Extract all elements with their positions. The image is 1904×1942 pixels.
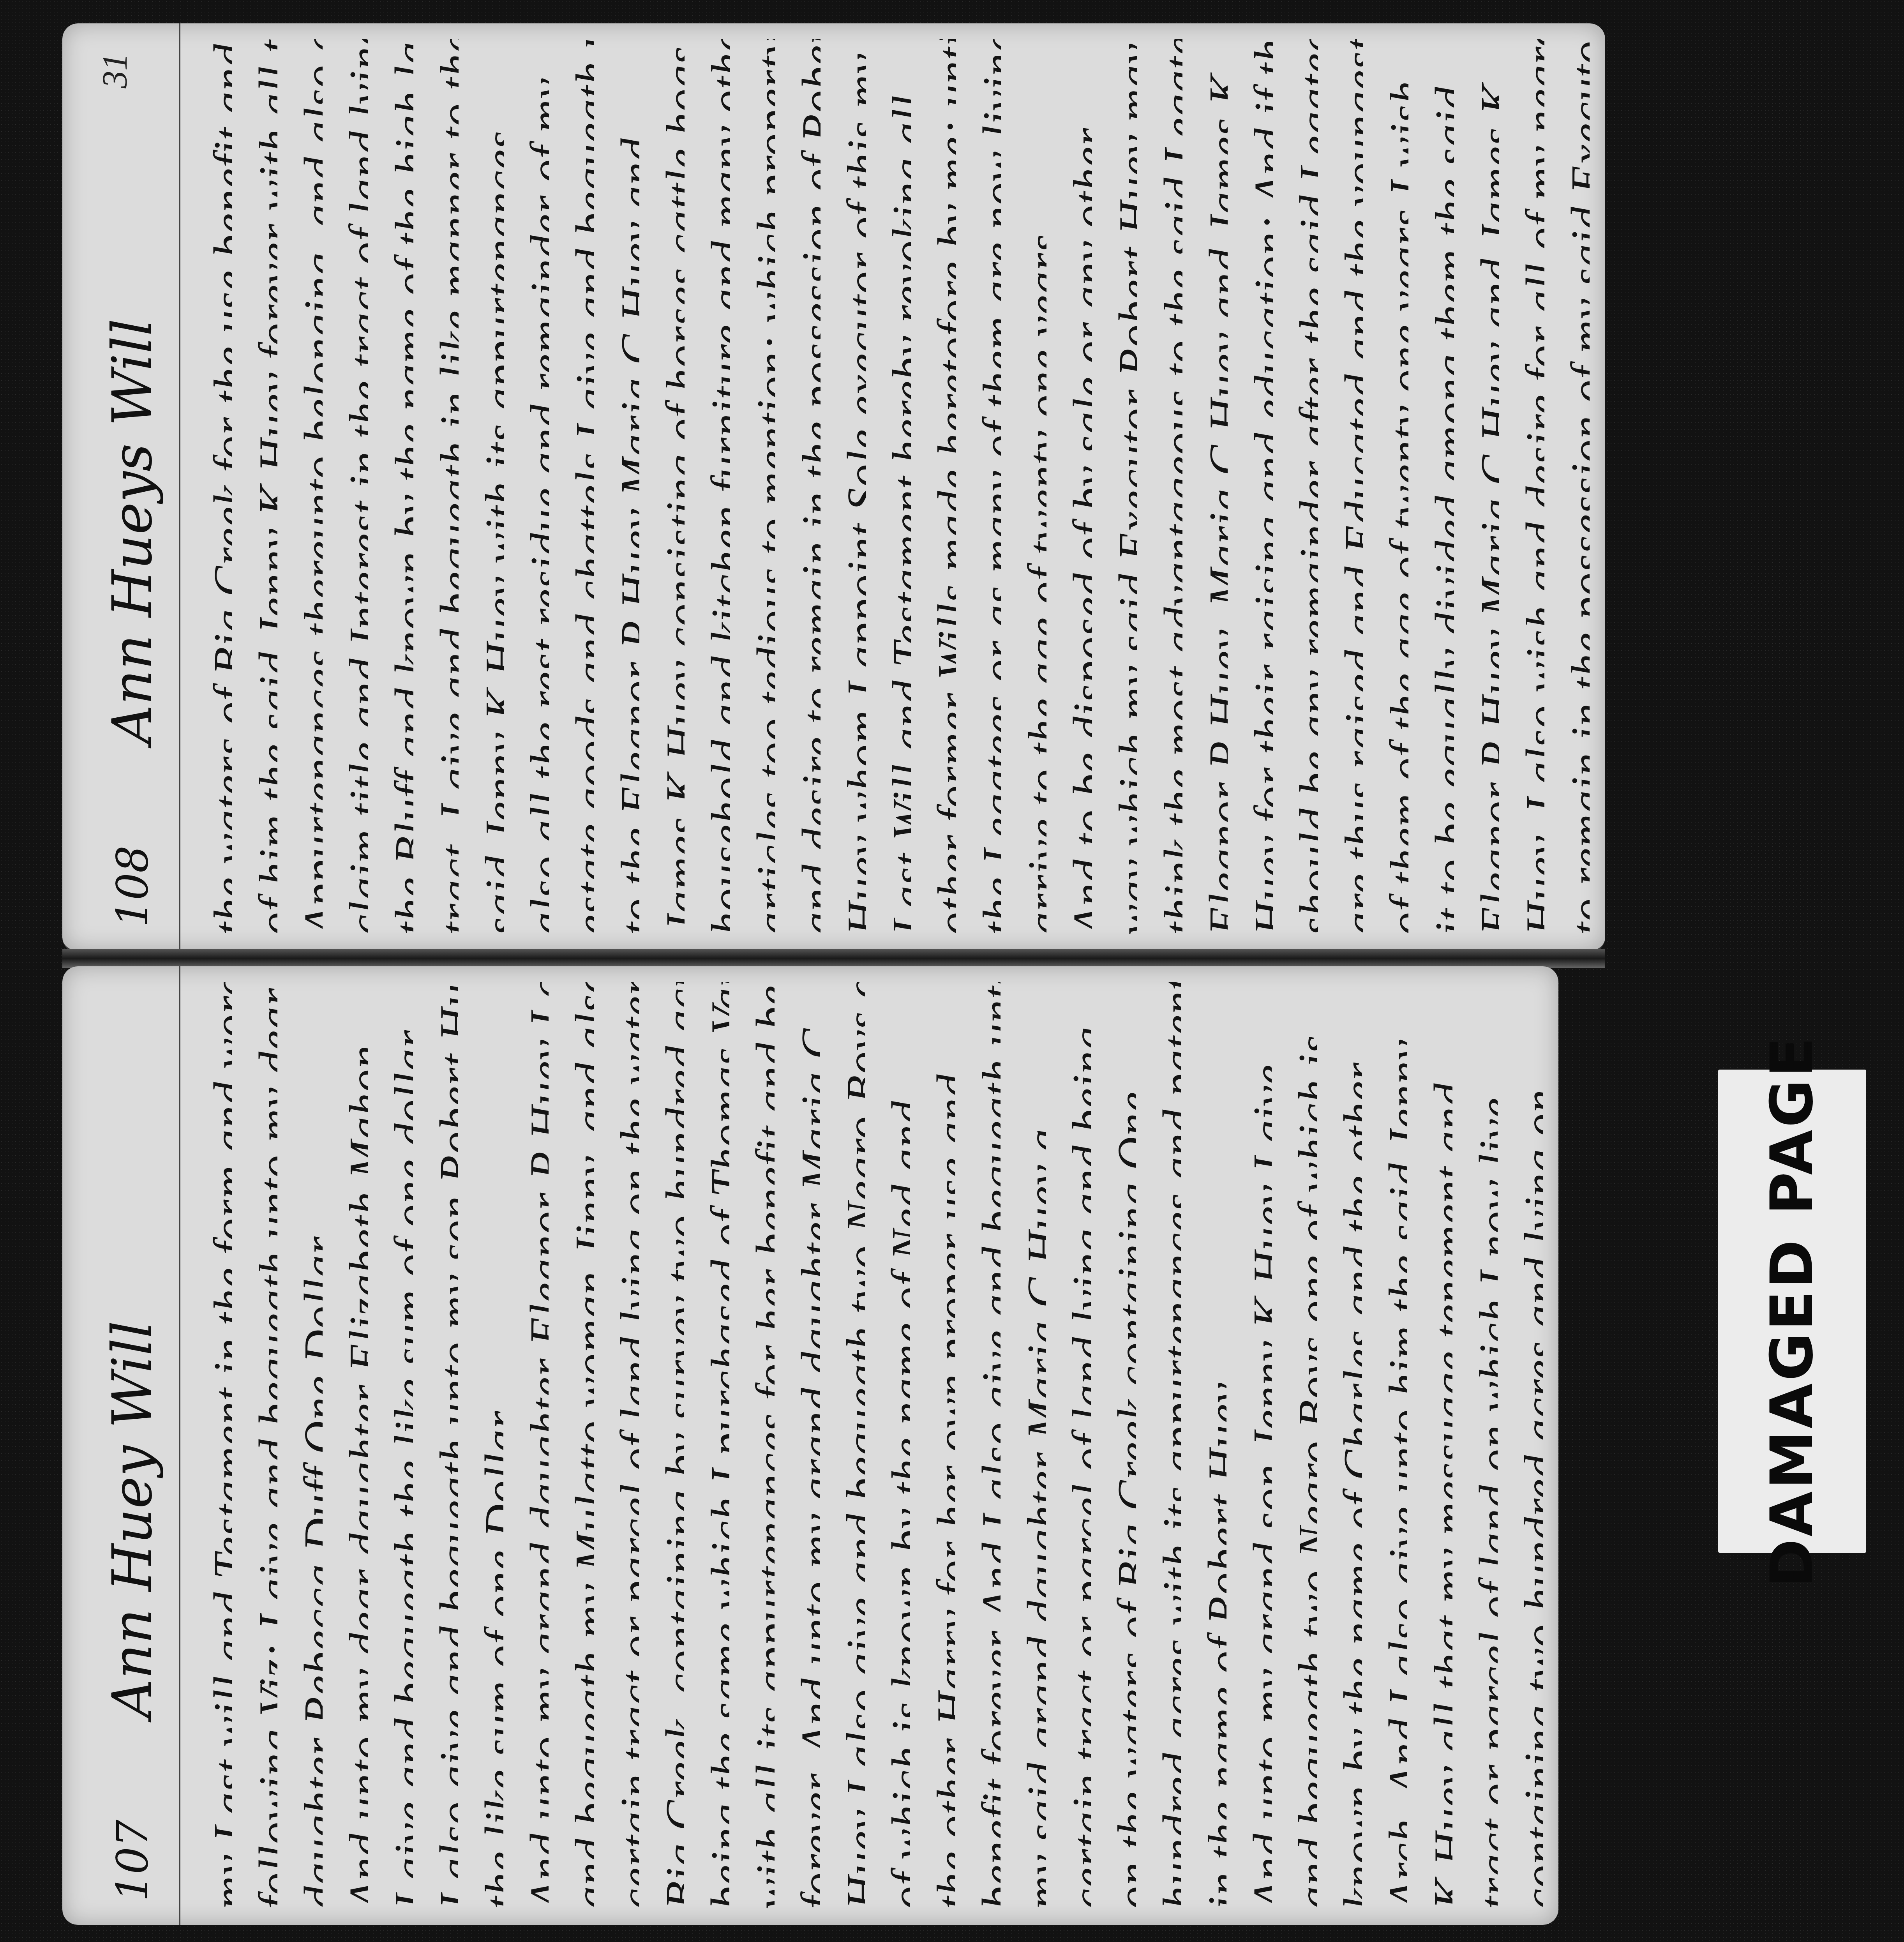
text-line: Eleanor P Huey Maria C Huey and James K bbox=[1454, 39, 1499, 935]
text-line: forever. And unto my grand daughter Mari… bbox=[775, 982, 820, 1909]
text-line: James K Huey consisting of horses cattle… bbox=[639, 39, 685, 935]
text-line: Arch. And I also give unto him the said … bbox=[1362, 982, 1407, 1909]
text-line: to remain in the possession of my said E… bbox=[1544, 39, 1590, 935]
book-spine-fold bbox=[62, 949, 1605, 968]
text-line: claim title and Interest in the tract of… bbox=[323, 39, 368, 935]
header-rule bbox=[179, 966, 180, 1925]
page-header: 107 Ann Huey Will bbox=[90, 990, 175, 1901]
text-line: certain tract or parcel of land lying an… bbox=[1046, 982, 1091, 1909]
text-line: And unto my grand son Jenny K Huey I giv… bbox=[1226, 982, 1272, 1909]
damaged-page-label-text: DAMAGED PAGE bbox=[1758, 1035, 1826, 1587]
text-line: I give and bequeath the like sum of one … bbox=[368, 982, 413, 1909]
text-line: of him the said Jenny K Huey forever wit… bbox=[232, 39, 277, 935]
text-line: and bequeath my Mulatto woman Jinny, and… bbox=[549, 982, 594, 1909]
page-number: 107 bbox=[108, 1820, 157, 1901]
page-title: Ann Hueys Will bbox=[101, 319, 164, 744]
text-line: certain tract or parcel of land lying on… bbox=[594, 982, 639, 1909]
text-line: estate goods and chattels I give and beq… bbox=[549, 39, 594, 935]
text-line: daughter Rebecca Duff One Dollar bbox=[277, 982, 323, 1909]
text-line: other former Wills made heretofore by me… bbox=[911, 39, 956, 935]
page-number: 108 bbox=[108, 846, 157, 927]
header-rule bbox=[179, 23, 180, 951]
text-line: following Viz: I give and bequeath unto … bbox=[232, 982, 277, 1909]
page-header: 108 Ann Hueys Will bbox=[90, 47, 175, 927]
text-line: with all its appurtenances for her benef… bbox=[729, 982, 775, 1909]
text-line: Eleanor P Huey, Maria C Huey and James K bbox=[1182, 39, 1228, 935]
text-line: household and kitchen furniture and many… bbox=[685, 39, 730, 935]
text-line: arrive to the age of twenty one years bbox=[1001, 39, 1046, 935]
text-line: way which my said Executor Robert Huey m… bbox=[1092, 39, 1137, 935]
text-line: on the waters of Big Creek containing On… bbox=[1091, 982, 1136, 1909]
page-108-text-region: 108 Ann Hueys Will the waters of Big Cre… bbox=[62, 23, 1605, 951]
page-107-text-region: 107 Ann Huey Will my Last will and Testa… bbox=[62, 966, 1558, 1925]
text-line: Big Creek, containing by survey two hund… bbox=[639, 982, 684, 1909]
page-108: 108 Ann Hueys Will the waters of Big Cre… bbox=[62, 23, 1605, 953]
text-line: tract. I give and bequeath in like manne… bbox=[413, 39, 459, 935]
text-line: Huey I also give and bequeath two Negro … bbox=[820, 982, 865, 1909]
text-line: articles too tedious to mention; which p… bbox=[730, 39, 775, 935]
text-line: hundred acres with its appurtenances and… bbox=[1136, 982, 1181, 1909]
page-107: 107 Ann Huey Will my Last will and Testa… bbox=[62, 966, 1558, 1925]
text-line: and bequeath two Negro Boys one of which… bbox=[1272, 982, 1317, 1909]
text-line: benefit forever And I also give and bequ… bbox=[955, 982, 1001, 1909]
handwritten-lines: the waters of Big Creek for the use bene… bbox=[187, 39, 1590, 935]
text-line: my said grand daughter Maria C Huey a bbox=[1001, 982, 1046, 1909]
text-line: being the same which I purchased of Thom… bbox=[684, 982, 729, 1909]
text-line: Huey whom I appoint Sole executor of thi… bbox=[821, 39, 866, 935]
corner-mark: 31 bbox=[95, 53, 135, 88]
text-line: of which is known by the name of Ned and bbox=[865, 982, 910, 1909]
text-line: are thus raised and Educated and the you… bbox=[1318, 39, 1363, 935]
text-line: the Legatees or as many of them are now … bbox=[956, 39, 1001, 935]
text-line: in the name of Robert Huey bbox=[1181, 982, 1226, 1909]
text-line: Huey. I also wish and desire for all of … bbox=[1499, 39, 1544, 935]
text-line: And unto my grand daughter Eleanor P Hue… bbox=[503, 982, 549, 1909]
text-line: tract or parcel of land on which I now l… bbox=[1452, 982, 1498, 1909]
damaged-page-label: DAMAGED PAGE bbox=[1718, 1070, 1866, 1553]
text-line: the like sum of one Dollar bbox=[458, 982, 503, 1909]
text-line: said Jenny K Huey with its appurtenances… bbox=[459, 39, 504, 935]
text-line: think the most advantageous to the said … bbox=[1137, 39, 1182, 935]
text-line: should be any remainder after the said L… bbox=[1273, 39, 1318, 935]
page-title: Ann Huey Will bbox=[101, 1321, 164, 1718]
text-line: of them of the age of twenty one years I… bbox=[1363, 39, 1408, 935]
text-line: also all the rest residue and remainder … bbox=[504, 39, 549, 935]
text-line: Huey for their raising and education; An… bbox=[1228, 39, 1273, 935]
open-ledger-book: 108 Ann Hueys Will the waters of Big Cre… bbox=[62, 23, 1605, 1925]
text-line: the waters of Big Creek for the use bene… bbox=[187, 39, 232, 935]
text-line: And unto my dear daughter Elizabeth Maho… bbox=[323, 982, 368, 1909]
text-line: I also give and bequeath unto my son Rob… bbox=[413, 982, 458, 1909]
text-line: Appurtenances thereunto belonging, and a… bbox=[277, 39, 323, 935]
text-line: containing two hundred acres and lying o… bbox=[1498, 982, 1543, 1909]
text-line: to the Eleanor P Huey Maria C Huey and bbox=[594, 39, 639, 935]
text-line: it to be equally divided among them the … bbox=[1408, 39, 1454, 935]
text-line: the other Harry for her own proper use a… bbox=[910, 982, 955, 1909]
text-line: known by the name of Charles and the oth… bbox=[1317, 982, 1362, 1909]
text-line: And to be disposed of by sale or any oth… bbox=[1046, 39, 1092, 935]
text-line: Last Will and Testament hereby revoking … bbox=[866, 39, 911, 935]
text-line: the Bluff and known by the name of the h… bbox=[368, 39, 413, 935]
text-line: and desire to remain in the possession o… bbox=[775, 39, 821, 935]
text-line: my Last will and Testament in the form a… bbox=[187, 982, 232, 1909]
handwritten-lines: my Last will and Testament in the form a… bbox=[187, 982, 1543, 1909]
text-line: K Huey all that my messuage tenement and bbox=[1407, 982, 1452, 1909]
